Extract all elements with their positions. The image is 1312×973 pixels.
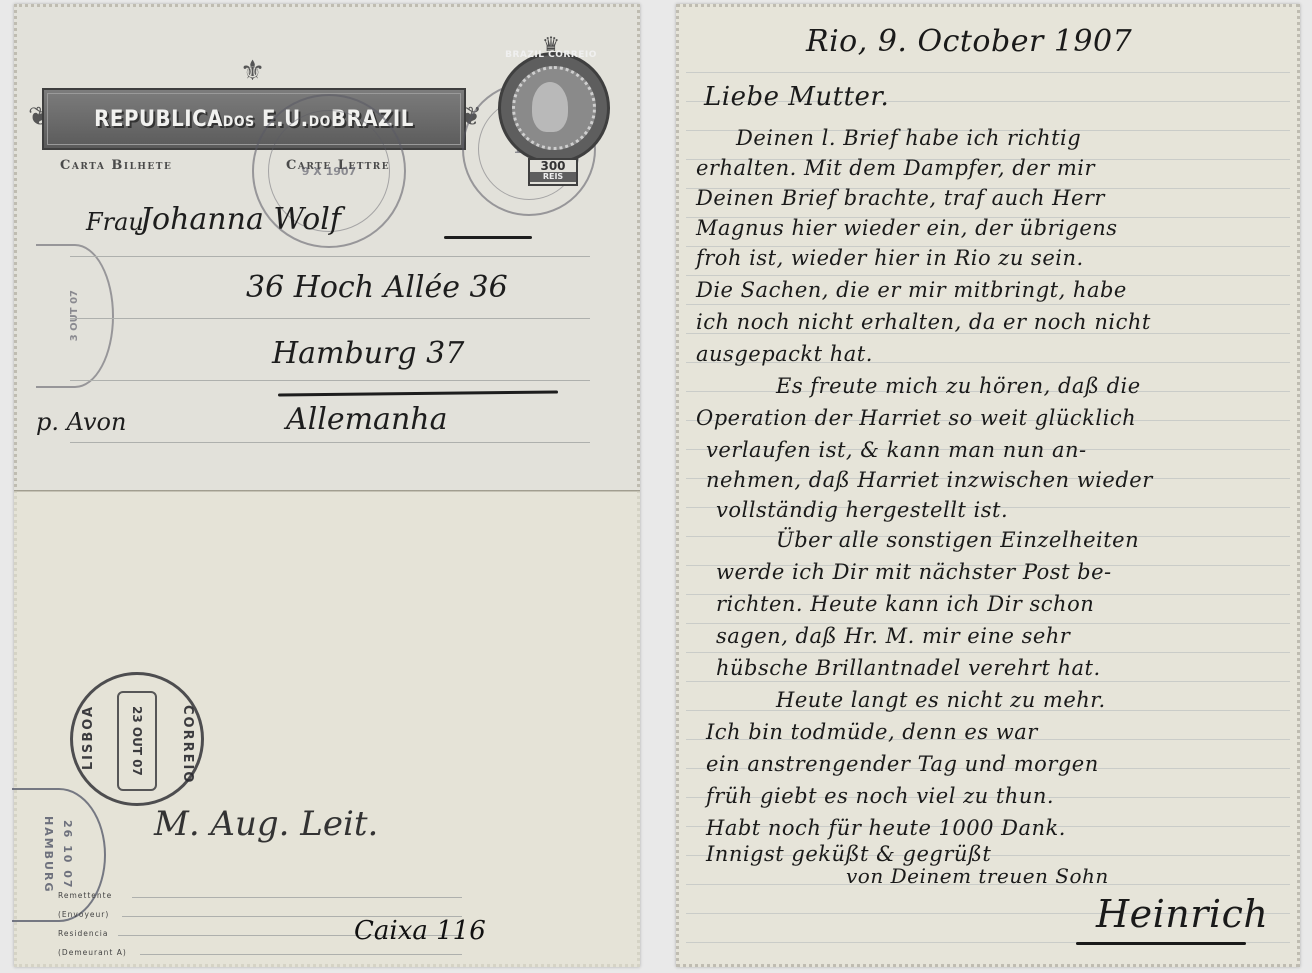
address-line <box>70 380 590 381</box>
postmark-service: CORREIO <box>180 705 195 784</box>
title-word: REPUBLICA <box>94 107 223 132</box>
liberty-portrait-icon <box>532 82 568 132</box>
signature-flourish <box>1076 942 1246 945</box>
letter-signature: Heinrich <box>1096 892 1268 936</box>
partial-postmark-left: 3 OUT 07 <box>36 244 114 388</box>
letter-line: Die Sachen, die er mir mitbringt, habe <box>696 278 1127 302</box>
address-line <box>70 256 590 257</box>
letter-line: Habt noch für heute 1000 Dank. <box>706 816 1066 840</box>
recipient-city: Hamburg 37 <box>272 336 464 371</box>
letter-line: Innigst geküßt & gegrüßt <box>706 842 991 866</box>
sender-initials: M. Aug. Leit. <box>154 804 378 844</box>
letter-line: ich noch nicht erhalten, da er noch nich… <box>696 310 1151 334</box>
letter-line: Heute langt es nicht zu mehr. <box>776 688 1106 712</box>
stamp-value: 300 REIS <box>528 158 578 186</box>
sender-label-fr: (Envoyeur) <box>58 910 109 919</box>
letter-line: Operation der Harriet so weit glücklich <box>696 406 1136 430</box>
letter-line: werde ich Dir mit nächster Post be- <box>716 560 1112 584</box>
subtitle-portuguese: Carta Bilhete <box>60 158 172 173</box>
letter-card-front: ⚜ ❦ ❦ REPUBLICADOS E.U.DOBRAZIL Carta Bi… <box>14 4 640 967</box>
recipient-country: Allemanha <box>286 402 447 437</box>
routing-note: p. Avon <box>36 408 126 436</box>
residence-label-fr: (Demeurant A) <box>58 948 127 957</box>
address-line <box>70 318 590 319</box>
letter-line: hübsche Brillantnadel verehrt hat. <box>716 656 1101 680</box>
postmark-city: LISBOA <box>81 705 96 770</box>
address-line <box>70 442 590 443</box>
postage-stamp: ♛ BRAZIL CORREIO 300 REIS <box>492 30 610 178</box>
letter-line: richten. Heute kann ich Dir schon <box>716 592 1094 616</box>
recipient-name: Johanna Wolf <box>140 202 341 237</box>
stamp-text: BRAZIL CORREIO <box>492 50 610 60</box>
postmark-date: 3 OUT 07 <box>69 290 80 341</box>
residence-label: Residencia <box>58 929 108 938</box>
postmark-city: HAMBURG <box>42 816 55 893</box>
flourish-stroke <box>444 236 532 239</box>
recipient-street: 36 Hoch Allée 36 <box>246 270 508 305</box>
residence-line <box>140 954 462 955</box>
stamp-denomination: 300 <box>540 159 565 173</box>
letter-card-back: Rio, 9. October 1907 Liebe Mutter. Deine… <box>676 4 1300 967</box>
letter-line: ausgepackt hat. <box>696 342 873 366</box>
address-salutation: Frau <box>86 208 144 236</box>
letter-line: Deinen Brief brachte, traf auch Herr <box>696 186 1105 210</box>
city-underline <box>278 391 558 397</box>
title-word: DOS <box>223 114 255 130</box>
letter-line: Ich bin todmüde, denn es war <box>706 720 1038 744</box>
letter-line: vollständig hergestellt ist. <box>716 498 1008 522</box>
lisboa-postmark: LISBOA 23 OUT 07 CORREIO <box>70 672 204 806</box>
crest-ornament-icon: ⚜ <box>240 52 264 92</box>
postmark-date: 26 10 07 <box>61 820 74 890</box>
letter-line: Über alle sonstigen Einzelheiten <box>776 528 1139 552</box>
postmark-date-box: 23 OUT 07 <box>117 691 157 791</box>
sender-line <box>132 897 462 898</box>
hamburg-postmark: HAMBURG 26 10 07 <box>12 788 106 922</box>
letter-date: Rio, 9. October 1907 <box>806 24 1132 59</box>
letter-line: erhalten. Mit dem Dampfer, der mir <box>696 156 1095 180</box>
letter-line: sagen, daß Hr. M. mir eine sehr <box>716 624 1070 648</box>
republic-title-banner: REPUBLICADOS E.U.DOBRAZIL <box>42 88 466 150</box>
sender-label: Remettente <box>58 891 112 900</box>
letter-line: verlaufen ist, & kann man nun an- <box>706 438 1087 462</box>
letter-greeting: Liebe Mutter. <box>704 82 889 112</box>
letter-line: früh giebt es noch viel zu thun. <box>706 784 1054 808</box>
letter-line: ein anstrengender Tag und morgen <box>706 752 1099 776</box>
sender-box-number: Caixa 116 <box>354 916 486 946</box>
postmark-date: 23 OUT 07 <box>130 706 144 776</box>
letter-line: nehmen, daß Harriet inzwischen wieder <box>706 468 1153 492</box>
letter-line: froh ist, wieder hier in Rio zu sein. <box>696 246 1084 270</box>
letter-line: Magnus hier wieder ein, der übrigens <box>696 216 1118 240</box>
letter-line: Deinen l. Brief habe ich richtig <box>736 126 1081 150</box>
letter-closing: von Deinem treuen Sohn <box>846 864 1109 888</box>
letter-line: Es freute mich zu hören, daß die <box>776 374 1141 398</box>
stamp-currency: REIS <box>530 172 576 182</box>
